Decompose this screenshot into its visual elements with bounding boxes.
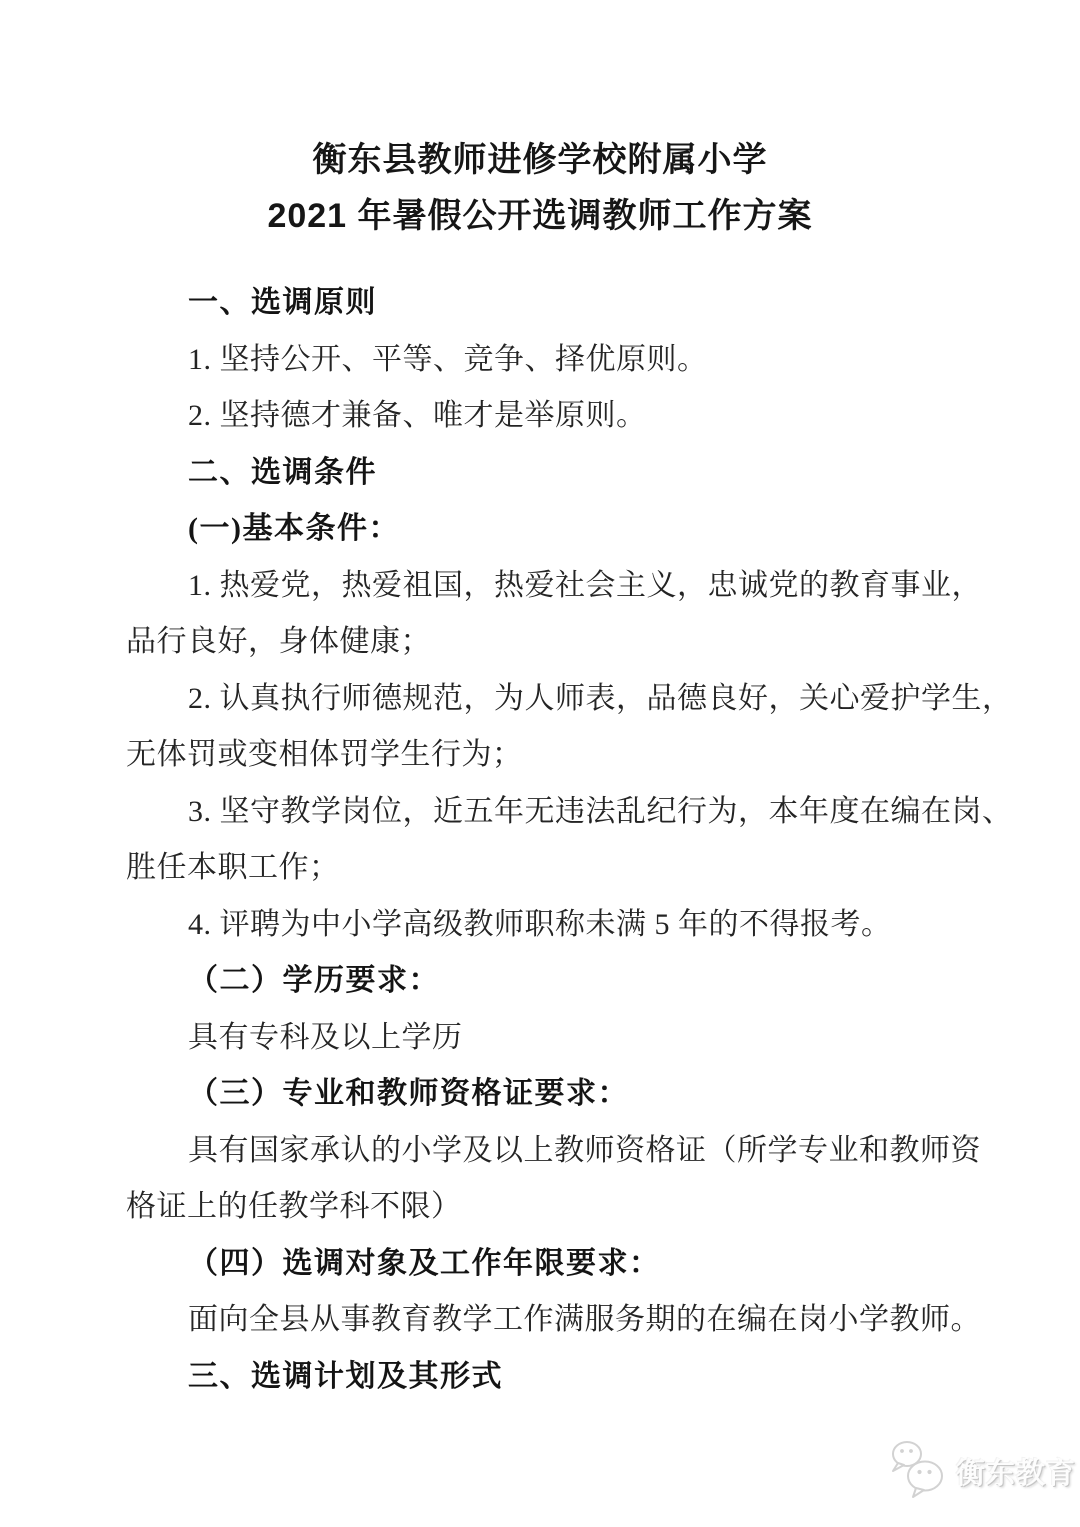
paragraph-line: 胜任本职工作； [126,840,956,897]
paragraph-line: 3. 坚守教学岗位，近五年无违法乱纪行为，本年度在编在岗、 [126,784,956,841]
paragraph-line: 4. 评聘为中小学高级教师职称未满 5 年的不得报考。 [126,897,956,954]
subsection-heading: (一)基本条件： [126,501,956,558]
document-page: 衡东县教师进修学校附属小学 2021 年暑假公开选调教师工作方案 一、选调原则 … [0,0,1080,1527]
document-body: 一、选调原则 1. 坚持公开、平等、竞争、择优原则。 2. 坚持德才兼备、唯才是… [126,275,956,1405]
wechat-chat-bubbles-icon [889,1438,947,1505]
section-heading: 三、选调计划及其形式 [126,1349,956,1406]
paragraph-line: 面向全县从事教育教学工作满服务期的在编在岗小学教师。 [126,1292,956,1349]
subsection-heading: （二）学历要求： [126,953,956,1010]
document-title-block: 衡东县教师进修学校附属小学 2021 年暑假公开选调教师工作方案 [0,132,1080,244]
paragraph-line: 具有国家承认的小学及以上教师资格证（所学专业和教师资 [126,1123,956,1180]
section-heading: 一、选调原则 [126,275,956,332]
paragraph-line: 无体罚或变相体罚学生行为； [126,727,956,784]
section-heading: 二、选调条件 [126,445,956,502]
watermark-label: 衡东教育 [956,1451,1076,1492]
paragraph-line: 1. 坚持公开、平等、竞争、择优原则。 [126,332,956,389]
paragraph-line: 品行良好，身体健康； [126,614,956,671]
wechat-account-watermark: 衡东教育 [889,1438,1076,1505]
paragraph-line: 2. 认真执行师德规范，为人师表，品德良好，关心爱护学生， [126,671,956,728]
document-title-line-1: 衡东县教师进修学校附属小学 [0,132,1080,188]
subsection-heading: （四）选调对象及工作年限要求： [126,1236,956,1293]
paragraph-line: 1. 热爱党，热爱祖国，热爱社会主义，忠诚党的教育事业， [126,558,956,615]
paragraph-line: 2. 坚持德才兼备、唯才是举原则。 [126,388,956,445]
subsection-heading: （三）专业和教师资格证要求： [126,1066,956,1123]
paragraph-line: 具有专科及以上学历 [126,1010,956,1067]
paragraph-line: 格证上的任教学科不限） [126,1179,956,1236]
document-title-line-2: 2021 年暑假公开选调教师工作方案 [0,188,1080,244]
